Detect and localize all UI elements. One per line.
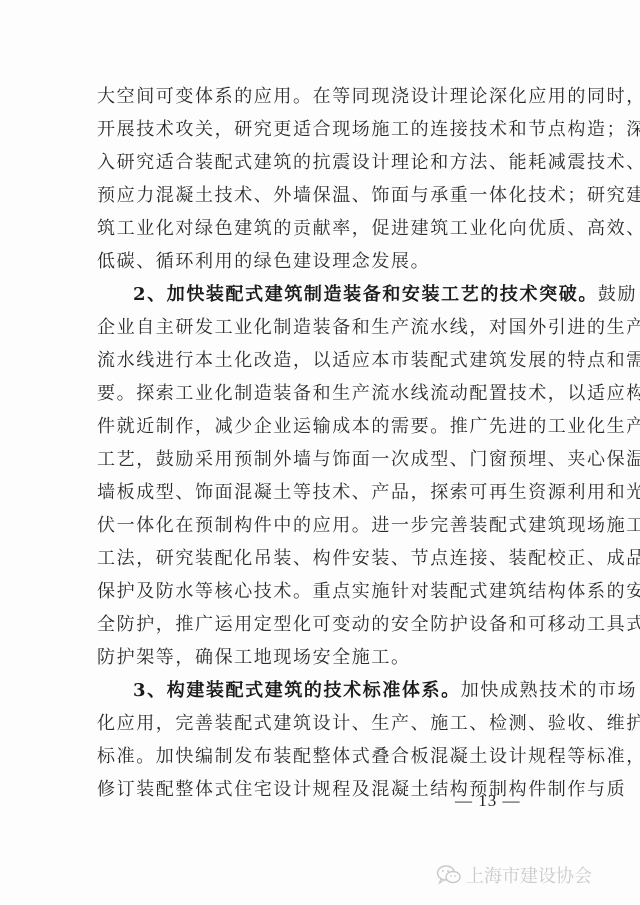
watermark: 上海市建设协会 <box>436 862 592 888</box>
section-3-heading: 3、构建装配式建筑的技术标准体系。 <box>133 680 461 701</box>
document-page: 大空间可变体系的应用。在等同现浇设计理论深化应用的同时， 开展技术攻关，研究更适… <box>0 0 640 905</box>
text-line: 开展技术攻关，研究更适合现场施工的连接技术和节点构造；深 <box>97 113 543 146</box>
watermark-text: 上海市建设协会 <box>466 862 592 888</box>
text-line: 入研究适合装配式建筑的抗震设计理论和方法、能耗减震技术、 <box>97 146 543 179</box>
section-2-first-line: 2、加快装配式建筑制造装备和安装工艺的技术突破。鼓励 <box>97 278 543 311</box>
section-2-heading: 2、加快装配式建筑制造装备和安装工艺的技术突破。 <box>133 284 598 305</box>
text-line: 工法，研究装配化吊装、构件安装、节点连接、装配校正、成品 <box>97 542 543 575</box>
text-line: 化应用，完善装配式建筑设计、生产、施工、检测、验收、维护 <box>97 707 543 740</box>
text-line: 标准。加快编制发布装配整体式叠合板混凝土设计规程等标准， <box>97 740 543 773</box>
section-2-first-line-text: 鼓励 <box>598 284 637 305</box>
text-line: 工艺，鼓励采用预制外墙与饰面一次成型、门窗预埋、夹心保温 <box>97 443 543 476</box>
text-line: 大空间可变体系的应用。在等同现浇设计理论深化应用的同时， <box>97 80 543 113</box>
text-line: 防护架等，确保工地现场安全施工。 <box>97 641 543 674</box>
section-3-first-line-text: 加快成熟技术的市场 <box>461 680 637 701</box>
page-number: — 13 — <box>455 791 521 811</box>
text-line: 墙板成型、饰面混凝土等技术、产品，探索可再生资源利用和光 <box>97 476 543 509</box>
text-line: 伏一体化在预制构件中的应用。进一步完善装配式建筑现场施工 <box>97 509 543 542</box>
text-line: 预应力混凝土技术、外墙保温、饰面与承重一体化技术；研究建 <box>97 179 543 212</box>
wechat-icon <box>436 864 462 886</box>
text-line: 要。探索工业化制造装备和生产流水线流动配置技术，以适应构 <box>97 377 543 410</box>
text-line: 企业自主研发工业化制造装备和生产流水线，对国外引进的生产 <box>97 311 543 344</box>
text-line: 低碳、循环利用的绿色建设理念发展。 <box>97 245 543 278</box>
text-line: 保护及防水等核心技术。重点实施针对装配式建筑结构体系的安 <box>97 575 543 608</box>
text-line: 筑工业化对绿色建筑的贡献率，促进建筑工业化向优质、高效、 <box>97 212 543 245</box>
text-line: 全防护，推广运用定型化可变动的安全防护设备和可移动工具式 <box>97 608 543 641</box>
body-text: 大空间可变体系的应用。在等同现浇设计理论深化应用的同时， 开展技术攻关，研究更适… <box>97 80 543 806</box>
text-line: 流水线进行本土化改造，以适应本市装配式建筑发展的特点和需 <box>97 344 543 377</box>
section-3-first-line: 3、构建装配式建筑的技术标准体系。加快成熟技术的市场 <box>97 674 543 707</box>
text-line: 件就近制作，减少企业运输成本的需要。推广先进的工业化生产 <box>97 410 543 443</box>
